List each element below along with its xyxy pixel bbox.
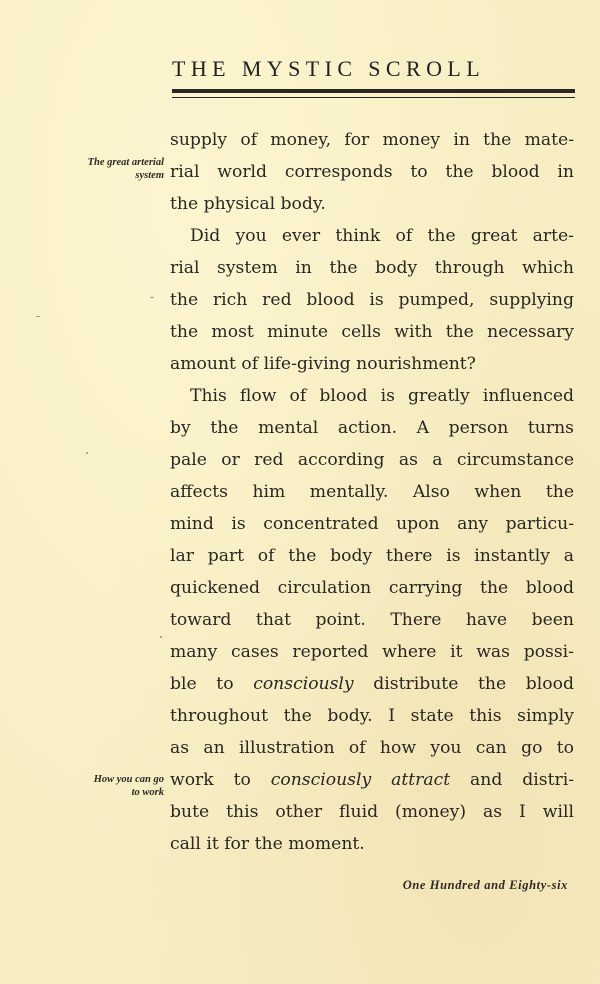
margin-note-line: system xyxy=(44,169,164,182)
text-line: ble to consciously distribute the blood xyxy=(170,668,574,700)
text-line: the rich red blood is pumped, supplying xyxy=(170,284,574,316)
text-line: lar part of the body there is instantly … xyxy=(170,540,574,572)
header-rule-thick xyxy=(172,89,575,93)
paper-speck xyxy=(150,297,154,298)
paper-speck xyxy=(160,636,162,638)
page-number-folio: One Hundred and Eighty-six xyxy=(346,878,568,893)
text-line: amount of life-giving nourishment? xyxy=(170,348,574,380)
running-head: THE MYSTIC SCROLL xyxy=(172,56,576,82)
text-line: mind is concentrated upon any particu- xyxy=(170,508,574,540)
paragraph-start-line: This flow of blood is greatly influenced xyxy=(170,380,574,412)
text-line: bute this other fluid (money) as I will xyxy=(170,796,574,828)
text-line: throughout the body. I state this simply xyxy=(170,700,574,732)
text-line: as an illustration of how you can go to xyxy=(170,732,574,764)
body-text: supply of money, for money in the mate- … xyxy=(170,124,574,860)
emphasis: consciously xyxy=(253,674,353,694)
text-line: the physical body. xyxy=(170,188,574,220)
margin-note-line: How you can go xyxy=(44,773,164,786)
paper-speck xyxy=(86,452,88,454)
book-page: THE MYSTIC SCROLL The great arterial sys… xyxy=(0,0,600,984)
text-line: many cases reported where it was possi- xyxy=(170,636,574,668)
margin-note-line: The great arterial xyxy=(44,156,164,169)
text-line: call it for the moment. xyxy=(170,828,574,860)
margin-note-arterial-system: The great arterial system xyxy=(44,156,164,182)
margin-note-how-to-work: How you can go to work xyxy=(44,773,164,799)
text-line: toward that point. There have been xyxy=(170,604,574,636)
text-line: supply of money, for money in the mate- xyxy=(170,124,574,156)
text-line: work to consciously attract and distri- xyxy=(170,764,574,796)
paragraph-start-line: Did you ever think of the great arte- xyxy=(170,220,574,252)
emphasis: consciously attract xyxy=(271,770,450,790)
paper-speck xyxy=(36,316,40,317)
text-line: pale or red according as a circumstance xyxy=(170,444,574,476)
text-line: affects him mentally. Also when the xyxy=(170,476,574,508)
text-line: by the mental action. A person turns xyxy=(170,412,574,444)
header-rule-thin xyxy=(172,97,575,98)
text-line: the most minute cells with the necessary xyxy=(170,316,574,348)
text-line: rial system in the body through which xyxy=(170,252,574,284)
text-line: rial world corresponds to the blood in xyxy=(170,156,574,188)
text-line: quickened circulation carrying the blood xyxy=(170,572,574,604)
margin-note-line: to work xyxy=(44,786,164,799)
